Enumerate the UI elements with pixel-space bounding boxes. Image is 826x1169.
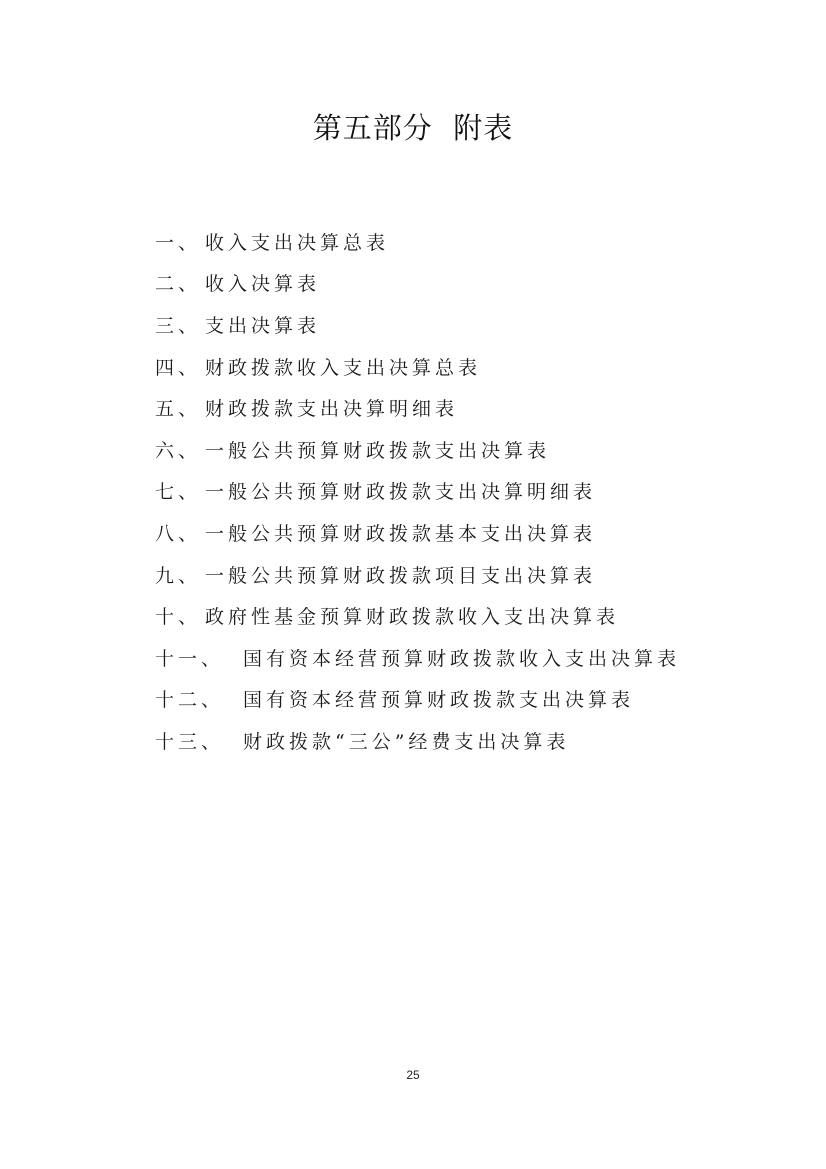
item-label: 一般公共预算财政拨款支出决算表 xyxy=(205,433,550,469)
list-item: 十二、 国有资本经营预算财政拨款支出决算表 xyxy=(155,680,680,722)
item-label: 收入决算表 xyxy=(205,266,320,302)
page-number: 25 xyxy=(0,1068,826,1082)
item-number: 三、 xyxy=(155,308,205,344)
list-item: 六、 一般公共预算财政拨款支出决算表 xyxy=(155,430,680,472)
item-number: 八、 xyxy=(155,516,205,552)
item-label: 支出决算表 xyxy=(205,308,320,344)
item-label: 财政拨款收入支出决算总表 xyxy=(205,350,481,386)
item-number: 十、 xyxy=(155,599,205,635)
list-item: 二、 收入决算表 xyxy=(155,264,680,306)
item-label: 收入支出决算总表 xyxy=(205,225,389,261)
item-number: 九、 xyxy=(155,558,205,594)
item-number: 十三、 xyxy=(155,724,243,760)
item-number: 二、 xyxy=(155,266,205,302)
list-item: 五、 财政拨款支出决算明细表 xyxy=(155,388,680,430)
appendix-table-list: 一、 收入支出决算总表 二、 收入决算表 三、 支出决算表 四、 财政拨款收入支… xyxy=(155,222,680,763)
item-label: 一般公共预算财政拨款基本支出决算表 xyxy=(205,516,596,552)
item-label: 政府性基金预算财政拨款收入支出决算表 xyxy=(205,599,619,635)
list-item: 九、 一般公共预算财政拨款项目支出决算表 xyxy=(155,555,680,597)
item-label: 财政拨款“三公”经费支出决算表 xyxy=(243,724,569,760)
list-item: 十一、 国有资本经营预算财政拨款收入支出决算表 xyxy=(155,638,680,680)
item-number: 十二、 xyxy=(155,682,243,718)
list-item: 三、 支出决算表 xyxy=(155,305,680,347)
item-number: 四、 xyxy=(155,350,205,386)
list-item: 七、 一般公共预算财政拨款支出决算明细表 xyxy=(155,472,680,514)
page-title: 第五部分 附表 xyxy=(0,106,826,147)
item-label: 财政拨款支出决算明细表 xyxy=(205,391,458,427)
list-item: 八、 一般公共预算财政拨款基本支出决算表 xyxy=(155,513,680,555)
item-label: 国有资本经营预算财政拨款收入支出决算表 xyxy=(243,641,680,677)
list-item: 十、 政府性基金预算财政拨款收入支出决算表 xyxy=(155,596,680,638)
item-label: 一般公共预算财政拨款项目支出决算表 xyxy=(205,558,596,594)
item-number: 六、 xyxy=(155,433,205,469)
item-number: 十一、 xyxy=(155,641,243,677)
list-item: 一、 收入支出决算总表 xyxy=(155,222,680,264)
item-number: 一、 xyxy=(155,225,205,261)
list-item: 四、 财政拨款收入支出决算总表 xyxy=(155,347,680,389)
item-label: 国有资本经营预算财政拨款支出决算表 xyxy=(243,682,634,718)
item-number: 七、 xyxy=(155,474,205,510)
item-label: 一般公共预算财政拨款支出决算明细表 xyxy=(205,474,596,510)
list-item: 十三、 财政拨款“三公”经费支出决算表 xyxy=(155,721,680,763)
item-number: 五、 xyxy=(155,391,205,427)
